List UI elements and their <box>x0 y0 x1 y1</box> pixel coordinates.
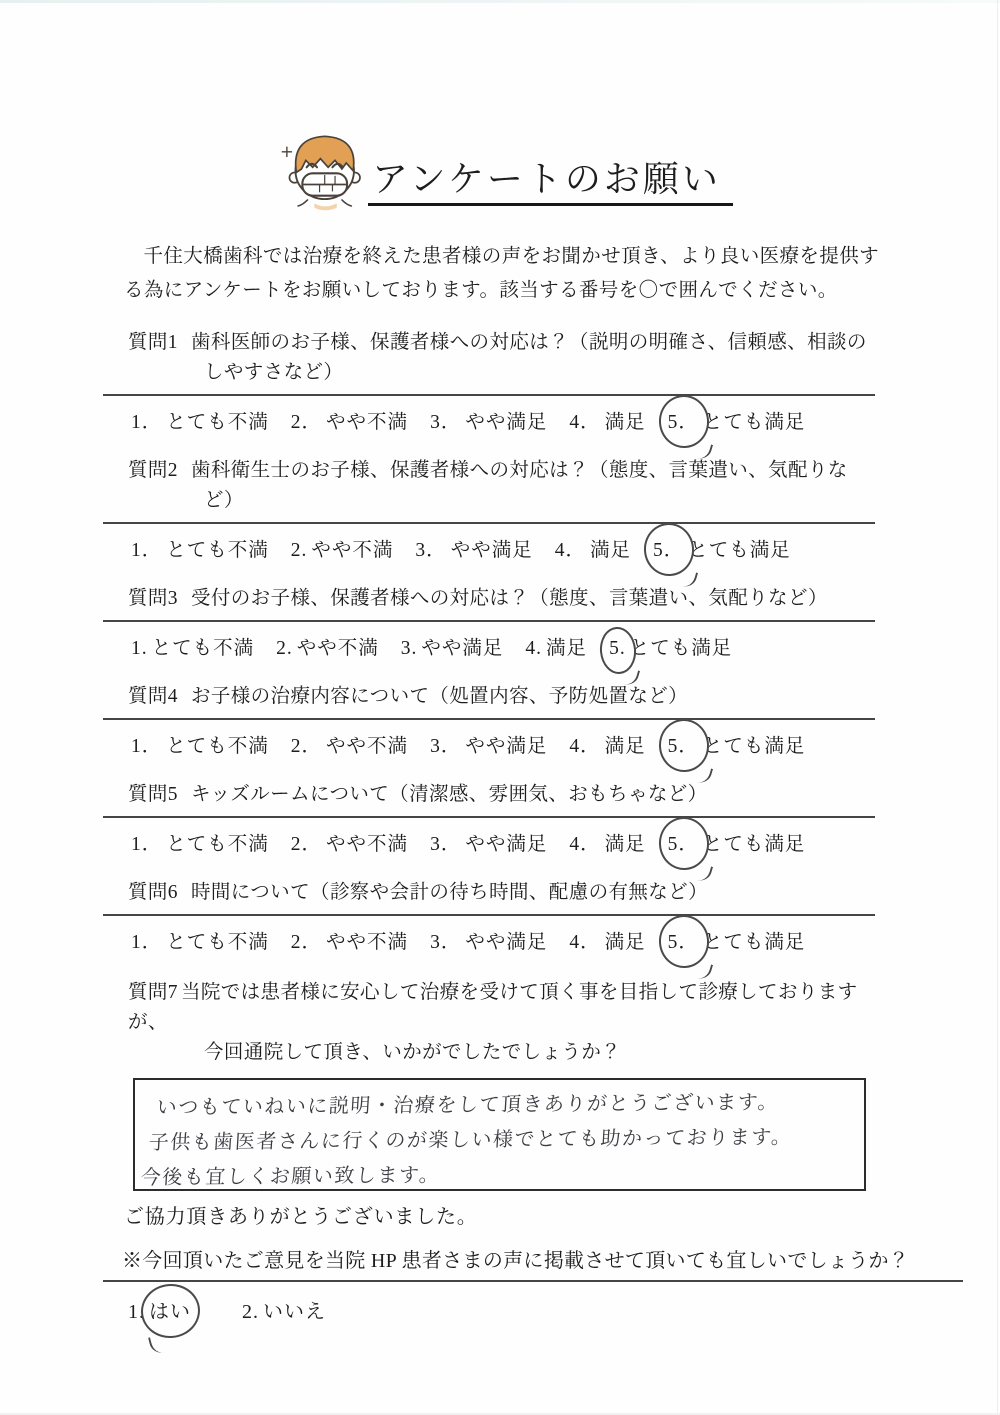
answer-row: 1．とても不満2．やや不満3．やや満足4．満足5．とても満足 <box>103 818 875 858</box>
option-label: とても不満 <box>165 932 270 953</box>
questions-section: 質問1歯科医師のお子様、保護者様への対応は？（説明の明確さ、信頼感、相談のしやす… <box>103 328 875 956</box>
option-number: 4． <box>567 730 602 758</box>
option-number: 3． <box>428 406 463 434</box>
option-number: 2. <box>289 540 310 562</box>
question-text: 歯科医師のお子様、保護者様への対応は？（説明の明確さ、信頼感、相談のしやすさなど… <box>191 332 867 383</box>
question-label: 質問6 <box>128 882 178 903</box>
option-number: 2． <box>289 406 324 434</box>
question7-block: 質問7当院では患者様に安心して治療を受けて頂く事を目指して診療しておりますが、 … <box>103 978 875 1191</box>
answer-option: 1．とても不満 <box>129 828 270 856</box>
question-label: 質問3 <box>128 588 178 609</box>
question-text: 当院では患者様に安心して治療を受けて頂く事を目指して診療しておりますが、 <box>128 982 858 1033</box>
question-text: キッズルームについて（清潔感、雰囲気、おもちゃなど） <box>191 784 708 805</box>
hp-consent-question: ※今回頂いたご意見を当院 HP 患者さまの声に掲載させて頂いても宜しいでしょうか… <box>122 1244 1000 1273</box>
option-label: とても不満 <box>151 638 256 659</box>
scan-artifact-right <box>997 0 998 1415</box>
answer-row: 1．とても不満2．やや不満3．やや満足4．満足5．とても満足 <box>103 720 875 760</box>
option-label: やや不満 <box>310 540 394 561</box>
option-label: とても不満 <box>165 540 270 561</box>
circled-answer-mark: 5． <box>666 406 701 434</box>
question-block: 質問1歯科医師のお子様、保護者様への対応は？（説明の明確さ、信頼感、相談のしやす… <box>103 328 875 436</box>
option-label: とても満足 <box>702 412 807 433</box>
option-number: 1． <box>129 406 164 434</box>
question-block: 質問6時間について（診察や会計の待ち時間、配慮の有無など） 1．とても不満2．や… <box>103 878 875 956</box>
question-label: 質問4 <box>128 686 178 707</box>
closing-thanks: ご協力頂きありがとうございました。 <box>124 1200 1000 1229</box>
option-number: 3. <box>399 638 420 660</box>
question-text: 歯科衛生士のお子様、保護者様への対応は？（態度、言葉遣い、気配りなど） <box>191 460 848 511</box>
option-label: 満足 <box>604 932 647 953</box>
question7-title-line2: 今回通院して頂き、いかがでしたでしょうか？ <box>103 1038 875 1068</box>
option-label: やや満足 <box>450 540 534 561</box>
option-number: 2． <box>289 730 324 758</box>
answer-option: 3．やや満足 <box>428 406 548 434</box>
option-label: とても不満 <box>165 736 270 757</box>
question-title: 質問1歯科医師のお子様、保護者様への対応は？（説明の明確さ、信頼感、相談のしやす… <box>103 328 875 388</box>
option-label: とても満足 <box>687 540 792 561</box>
option-label: やや満足 <box>464 834 548 855</box>
answer-option: 4．満足 <box>567 730 646 758</box>
option-number: 2． <box>289 828 324 856</box>
answer-option: 5．とても満足 <box>651 534 792 562</box>
option-number: 2． <box>289 926 324 954</box>
header: アンケートのお願い <box>0 0 1000 206</box>
answer-option: 1．とても不満 <box>129 534 270 562</box>
option-label: やや満足 <box>464 736 548 757</box>
circled-answer-mark: はい <box>148 1295 192 1324</box>
answer-row: 1．とても不満2．やや不満3．やや満足4．満足5．とても満足 <box>103 916 875 956</box>
answer-option: 4．満足 <box>567 406 646 434</box>
option-number: 1． <box>129 926 164 954</box>
answer-option: 2．やや不満 <box>289 828 409 856</box>
question-title: 質問6時間について（診察や会計の待ち時間、配慮の有無など） <box>103 878 875 908</box>
option-number: 3． <box>428 926 463 954</box>
option-label: やや不満 <box>325 834 409 855</box>
option-number: 3． <box>428 730 463 758</box>
option-label: とても満足 <box>702 932 807 953</box>
option-number: 1. <box>129 638 150 660</box>
option-label: やや満足 <box>464 412 548 433</box>
option-number: 2. <box>240 1301 261 1324</box>
option-number: 2. <box>274 638 295 660</box>
option-number: 4． <box>553 534 588 562</box>
answer-option: 5．とても満足 <box>666 730 807 758</box>
question7-title-line1: 質問7当院では患者様に安心して治療を受けて頂く事を目指して診療しておりますが、 <box>103 978 875 1038</box>
scan-artifact-top <box>0 0 1000 3</box>
answer-option: 1．とても不満 <box>129 406 270 434</box>
answer-option: 2.やや不満 <box>289 534 395 562</box>
option-number: 3． <box>413 534 448 562</box>
option-number: 1． <box>129 730 164 758</box>
question-label: 質問1 <box>128 332 178 353</box>
question-block: 質問5キッズルームについて（清潔感、雰囲気、おもちゃなど） 1．とても不満2．や… <box>103 780 875 858</box>
circled-answer-mark: 5. <box>607 638 628 660</box>
option-label: とても満足 <box>702 736 807 757</box>
question-label: 質問2 <box>128 460 178 481</box>
answer-option: 2．やや不満 <box>289 926 409 954</box>
answer-option: 4．満足 <box>567 828 646 856</box>
circled-answer-mark: 5． <box>651 534 686 562</box>
answer-option: 2．やや不満 <box>289 406 409 434</box>
answer-option: 4.満足 <box>523 632 588 660</box>
option-number: 4． <box>567 406 602 434</box>
answer-option: 1.はい <box>126 1295 192 1324</box>
option-number: 4． <box>567 828 602 856</box>
answer-option: 1．とても不満 <box>129 926 270 954</box>
answer-option: 3．やや満足 <box>428 926 548 954</box>
option-number: 4． <box>567 926 602 954</box>
answer-option: 5.とても満足 <box>607 632 733 660</box>
intro-paragraph: 千住大橋歯科では治療を終えた患者様の声をお聞かせ頂き、より良い医療を提供する為に… <box>124 240 884 308</box>
answer-option: 2．やや不満 <box>289 730 409 758</box>
consent-answer-row: 1.はい2.いいえ <box>126 1295 1000 1324</box>
smiling-boy-face-icon <box>280 126 366 212</box>
option-label: やや不満 <box>296 638 380 659</box>
question-label: 質問5 <box>128 784 178 805</box>
question-text: 時間について（診察や会計の待ち時間、配慮の有無など） <box>191 882 708 903</box>
question-block: 質問2歯科衛生士のお子様、保護者様への対応は？（態度、言葉遣い、気配りなど） 1… <box>103 456 875 564</box>
option-number: 4. <box>523 638 544 660</box>
option-number: 1． <box>129 828 164 856</box>
answer-option: 3．やや満足 <box>428 828 548 856</box>
option-label: やや不満 <box>325 932 409 953</box>
answer-option: 5．とても満足 <box>666 926 807 954</box>
survey-scan-page: アンケートのお願い 千住大橋歯科では治療を終えた患者様の声をお聞かせ頂き、より良… <box>0 0 1000 1415</box>
question-title: 質問2歯科衛生士のお子様、保護者様への対応は？（態度、言葉遣い、気配りなど） <box>103 456 875 516</box>
option-label: 満足 <box>545 638 588 659</box>
option-label: 満足 <box>604 736 647 757</box>
page-title: アンケートのお願い <box>368 159 733 206</box>
question-title: 質問3受付のお子様、保護者様への対応は？（態度、言葉遣い、気配りなど） <box>103 584 875 614</box>
circled-answer-mark: 5． <box>666 828 701 856</box>
question-block: 質問3受付のお子様、保護者様への対応は？（態度、言葉遣い、気配りなど） 1.とて… <box>103 584 875 662</box>
option-label: 満足 <box>589 540 632 561</box>
option-label: やや不満 <box>325 412 409 433</box>
answer-option: 1．とても不満 <box>129 730 270 758</box>
option-label: とても不満 <box>165 412 270 433</box>
answer-row: 1.とても不満2.やや不満3.やや満足4.満足5.とても満足 <box>103 622 875 662</box>
question-text: 受付のお子様、保護者様への対応は？（態度、言葉遣い、気配りなど） <box>191 588 828 609</box>
answer-option: 5．とても満足 <box>666 406 807 434</box>
handwritten-comment: いつもていねいに説明・治療をして頂きありがとうございます。子供も歯医者さんに行く… <box>133 1078 866 1191</box>
question-title: 質問5キッズルームについて（清潔感、雰囲気、おもちゃなど） <box>103 780 875 810</box>
answer-option: 5．とても満足 <box>666 828 807 856</box>
circled-answer-mark: 5． <box>666 730 701 758</box>
option-label: やや満足 <box>420 638 504 659</box>
answer-row: 1．とても不満2.やや不満3．やや満足4．満足5．とても満足 <box>103 524 875 564</box>
option-label: いいえ <box>262 1301 327 1323</box>
question-block: 質問4お子様の治療内容について（処置内容、予防処置など） 1．とても不満2．やや… <box>103 682 875 760</box>
option-number: 3． <box>428 828 463 856</box>
answer-option: 4．満足 <box>553 534 632 562</box>
answer-option: 4．満足 <box>567 926 646 954</box>
option-label: 満足 <box>604 834 647 855</box>
option-label: とても満足 <box>702 834 807 855</box>
answer-option: 2.いいえ <box>240 1295 327 1324</box>
option-number: 1． <box>129 534 164 562</box>
option-label: やや不満 <box>325 736 409 757</box>
answer-option: 3．やや満足 <box>428 730 548 758</box>
option-label: とても不満 <box>165 834 270 855</box>
question-title: 質問4お子様の治療内容について（処置内容、予防処置など） <box>103 682 875 712</box>
answer-option: 2.やや不満 <box>274 632 380 660</box>
option-label: とても満足 <box>629 638 734 659</box>
answer-option: 1.とても不満 <box>129 632 255 660</box>
question-text: お子様の治療内容について（処置内容、予防処置など） <box>191 686 688 707</box>
option-label: 満足 <box>604 412 647 433</box>
answer-option: 3．やや満足 <box>413 534 533 562</box>
question-label: 質問7 <box>128 982 178 1003</box>
circled-answer-mark: 5． <box>666 926 701 954</box>
handwritten-line: 今後も宜しくお願い致します。 <box>140 1154 856 1191</box>
answer-option: 3.やや満足 <box>399 632 505 660</box>
separator-line-wide <box>103 1280 963 1282</box>
option-label: やや満足 <box>464 932 548 953</box>
answer-row: 1．とても不満2．やや不満3．やや満足4．満足5．とても満足 <box>103 396 875 436</box>
